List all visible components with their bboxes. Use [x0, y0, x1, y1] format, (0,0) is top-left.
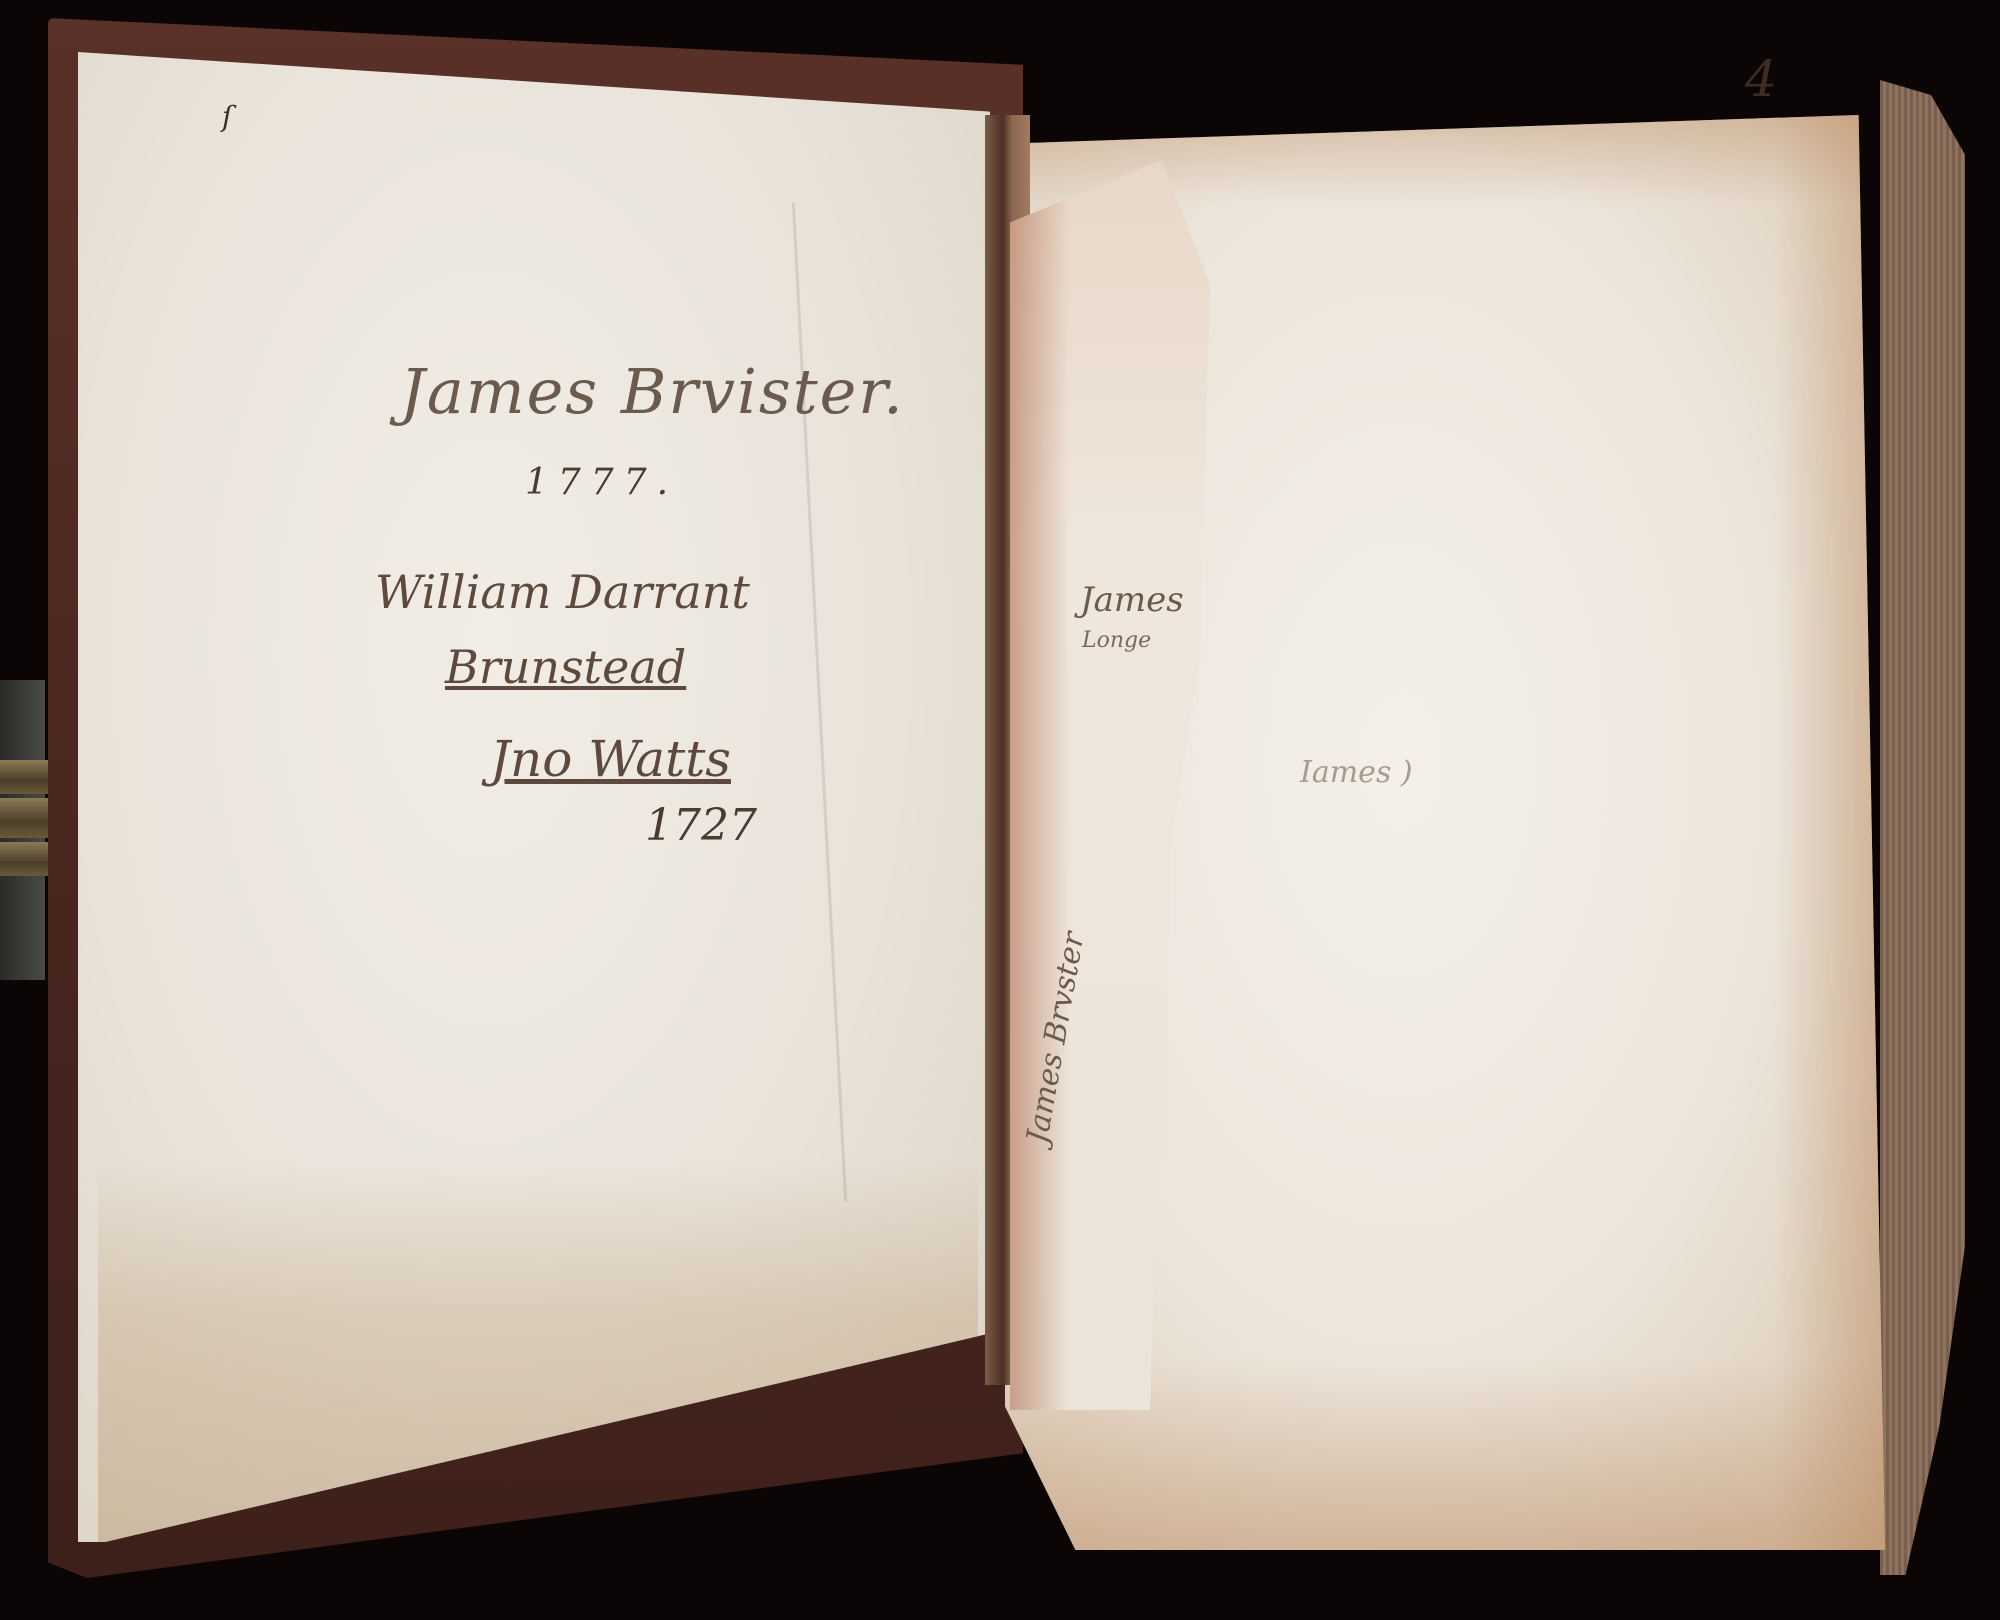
inscription-jno-watts: Jno Watts	[490, 730, 731, 788]
paper-fold-line	[792, 203, 847, 1202]
page-block-edge	[1880, 80, 1965, 1575]
slip-stain	[1010, 160, 1070, 1410]
inscription-place: Brunstead	[445, 640, 686, 694]
inscription-owner-year: 1777.	[525, 462, 678, 503]
slip-inscription-name: James	[1080, 580, 1184, 620]
corner-mark: ſ	[222, 100, 232, 133]
page-number: 4	[1745, 50, 1777, 108]
book-photo: ſ James Brvister. 1777. William Darrant …	[0, 0, 2000, 1620]
inscription-william-darrant: William Darrant	[375, 565, 750, 619]
inscription-owner-name: James Brvister.	[400, 355, 905, 428]
left-pastedown-page	[78, 52, 990, 1542]
slip-inscription-sub: Longe	[1082, 628, 1151, 653]
foxing-stain-right	[1775, 115, 1885, 1550]
faded-inscription: Iames )	[1300, 755, 1413, 790]
inscription-year-1727: 1727	[645, 800, 757, 851]
